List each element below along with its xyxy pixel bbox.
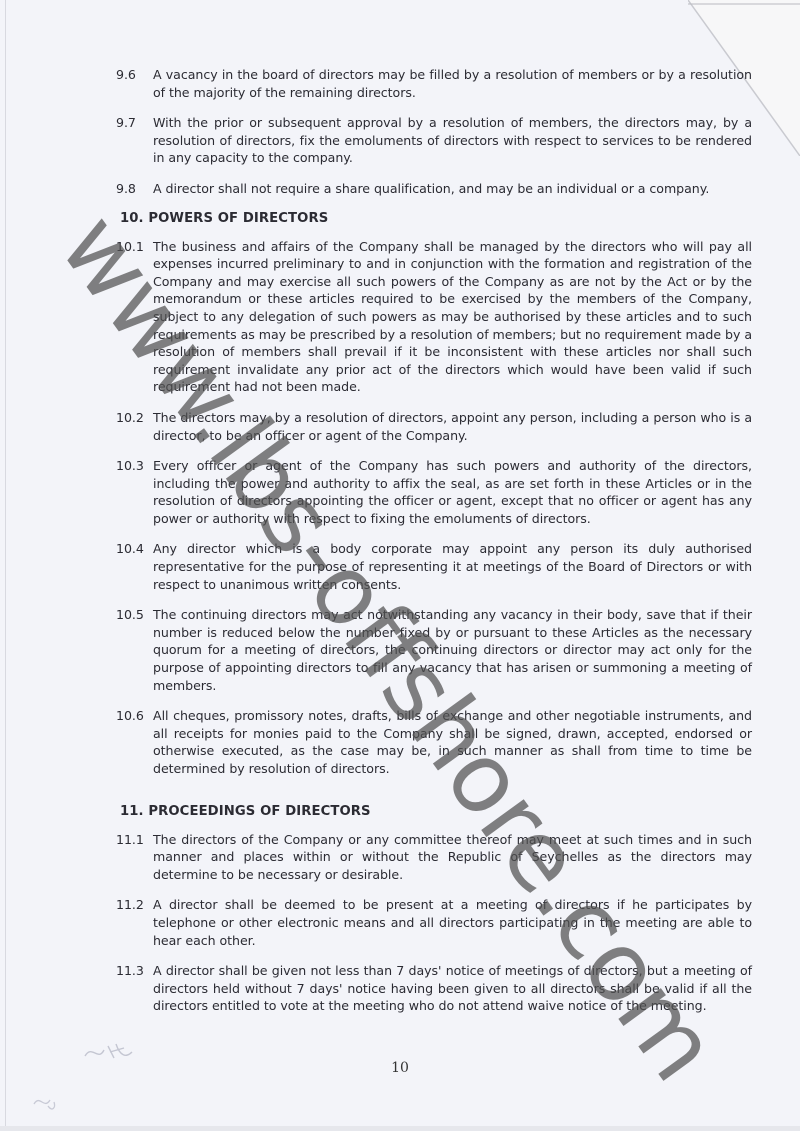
section-10: 10. POWERS OF DIRECTORS 10.1 The busines… — [116, 211, 752, 778]
clause-number: 9.7 — [116, 114, 152, 132]
clause-number: 11.3 — [116, 962, 152, 980]
section-heading: 11. PROCEEDINGS OF DIRECTORS — [120, 804, 752, 819]
clause-text: The directors may, by a resolution of di… — [153, 410, 752, 443]
clause-number: 9.6 — [116, 66, 152, 84]
page-number: 10 — [0, 1060, 800, 1076]
clause-number: 10.1 — [116, 238, 152, 256]
clause-10-2: 10.2 The directors may, by a resolution … — [116, 409, 752, 444]
clause-number: 10.4 — [116, 540, 152, 558]
clause-text: The directors of the Company or any comm… — [153, 832, 752, 882]
clause-number: 9.8 — [116, 180, 152, 198]
clause-10-4: 10.4 Any director which is a body corpor… — [116, 540, 752, 593]
section-9: 9.6 A vacancy in the board of directors … — [116, 66, 752, 198]
clause-number: 10.2 — [116, 409, 152, 427]
clause-9-7: 9.7 With the prior or subsequent approva… — [116, 114, 752, 167]
page-bottom-edge — [0, 1126, 800, 1131]
section-11: 11. PROCEEDINGS OF DIRECTORS 11.1 The di… — [116, 804, 752, 1015]
clause-11-1: 11.1 The directors of the Company or any… — [116, 831, 752, 884]
clause-text: The continuing directors may act notwith… — [153, 607, 752, 692]
clause-text: With the prior or subsequent approval by… — [153, 115, 752, 165]
page-left-edge — [5, 0, 6, 1131]
clause-9-8: 9.8 A director shall not require a share… — [116, 180, 752, 198]
document-page: 9.6 A vacancy in the board of directors … — [0, 0, 800, 1131]
clause-text: A director shall be deemed to be present… — [153, 897, 752, 947]
clause-11-2: 11.2 A director shall be deemed to be pr… — [116, 896, 752, 949]
clause-10-5: 10.5 The continuing directors may act no… — [116, 606, 752, 694]
clause-text: A director shall not require a share qua… — [153, 181, 709, 196]
clause-number: 10.5 — [116, 606, 152, 624]
clause-text: Every officer or agent of the Company ha… — [153, 458, 752, 526]
clause-text: Any director which is a body corporate m… — [153, 541, 752, 591]
clause-number: 11.1 — [116, 831, 152, 849]
clause-text: A director shall be given not less than … — [153, 963, 752, 1013]
clause-10-1: 10.1 The business and affairs of the Com… — [116, 238, 752, 396]
clause-number: 10.3 — [116, 457, 152, 475]
clause-text: A vacancy in the board of directors may … — [153, 67, 752, 100]
clause-10-3: 10.3 Every officer or agent of the Compa… — [116, 457, 752, 527]
clause-number: 11.2 — [116, 896, 152, 914]
clause-text: All cheques, promissory notes, drafts, b… — [153, 708, 752, 776]
section-heading: 10. POWERS OF DIRECTORS — [120, 211, 752, 226]
clause-text: The business and affairs of the Company … — [153, 239, 752, 395]
clause-11-3: 11.3 A director shall be given not less … — [116, 962, 752, 1015]
initials-scribble — [30, 1090, 60, 1115]
clause-9-6: 9.6 A vacancy in the board of directors … — [116, 66, 752, 101]
clause-10-6: 10.6 All cheques, promissory notes, draf… — [116, 707, 752, 777]
clause-number: 10.6 — [116, 707, 152, 725]
document-body: 9.6 A vacancy in the board of directors … — [116, 66, 752, 1028]
